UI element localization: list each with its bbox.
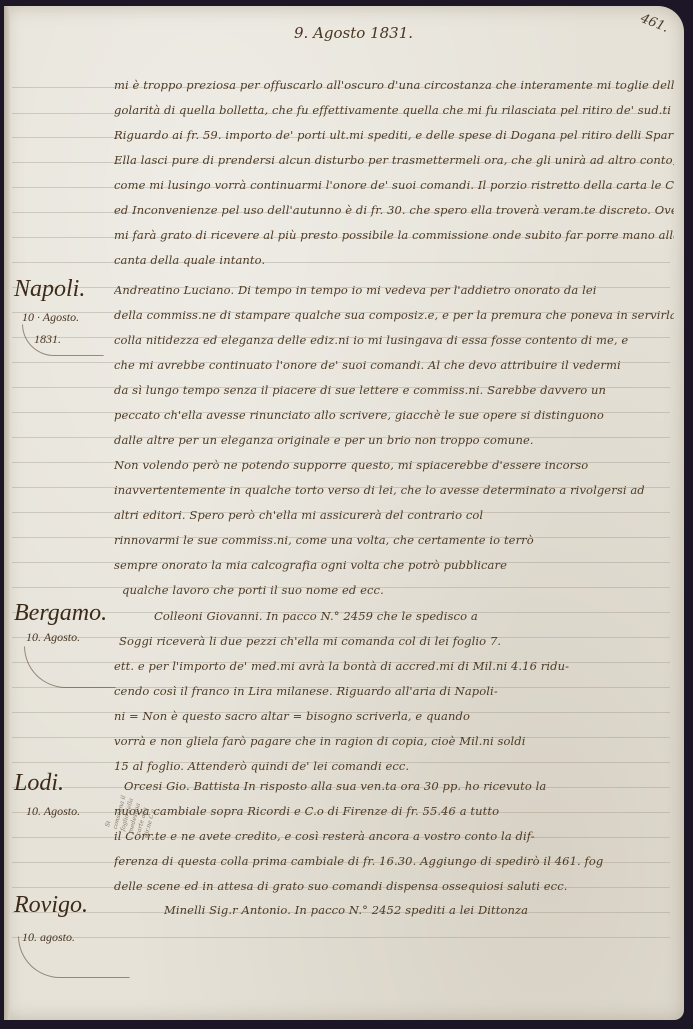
text-line: Andreatino Luciano. Di tempo in tempo io… [114, 283, 674, 297]
text-line: ferenza di questa colla prima cambiale d… [114, 854, 674, 868]
text-line: come mi lusingo vorrà continuarmi l'onor… [114, 178, 674, 192]
margin-flourish [24, 646, 116, 688]
entry-margin-date: 10. Agosto. [26, 804, 80, 819]
text-line: Orcesi Gio. Battista In risposto alla su… [124, 779, 674, 793]
text-line: mi è troppo preziosa per offuscarlo all'… [114, 78, 674, 92]
text-line: colla nitidezza ed eleganza delle ediz.n… [114, 333, 674, 347]
margin-flourish [18, 936, 130, 978]
text-line: qualche lavoro che porti il suo nome ed … [122, 583, 602, 597]
text-line: Colleoni Giovanni. In pacco N.° 2459 che… [154, 609, 674, 623]
text-line: Ella lasci pure di prendersi alcun distu… [114, 153, 674, 167]
text-line: peccato ch'ella avesse rinunciato allo s… [114, 408, 674, 422]
text-line: Soggi riceverà li due pezzi ch'ella mi c… [119, 634, 674, 648]
text-line: rinnovarmi le sue commiss.ni, come una v… [114, 533, 674, 547]
text-line: cendo così il franco in Lira milanese. R… [114, 684, 674, 698]
text-line: Non volendo però ne potendo supporre que… [114, 458, 674, 472]
page-number: 461. [638, 11, 670, 36]
text-line: Minelli Sig.r Antonio. In pacco N.° 2452… [164, 903, 674, 917]
text-line: nuova cambiale sopra Ricordi e C.o di Fi… [114, 804, 674, 818]
text-line: dalle altre per un eleganza originale e … [114, 433, 674, 447]
text-line: delle scene ed in attesa di grato suo co… [114, 879, 674, 893]
manuscript-page: 461. 9. Agosto 1831. mi è troppo prezios… [4, 6, 684, 1020]
date-header: 9. Agosto 1831. [294, 24, 413, 42]
margin-flourish [22, 324, 104, 356]
page-binding-edge [4, 6, 10, 1020]
text-line: altri editori. Spero però ch'ella mi ass… [114, 508, 674, 522]
text-line: mi farà grato di ricevere al più presto … [114, 228, 674, 242]
text-line: Riguardo ai fr. 59. importo de' porti ul… [114, 128, 674, 142]
text-line: golarità di quella bolletta, che fu effe… [114, 103, 674, 117]
text-line: che mi avrebbe continuato l'onore de' su… [114, 358, 674, 372]
entry-place-lodi: Lodi. [14, 770, 64, 797]
entry-place-bergamo: Bergamo. [14, 600, 107, 627]
text-line: vorrà e non gliela farò pagare che in ra… [114, 734, 674, 748]
text-line: 15 al foglio. Attenderò quindi de' lei c… [114, 759, 674, 773]
text-line: canta della quale intanto. [114, 253, 414, 267]
text-line: ni = Non è questo sacro altar = bisogno … [114, 709, 674, 723]
entry-margin-date: 10 · Agosto. [22, 310, 79, 325]
entry-place-napoli: Napoli. [14, 276, 85, 303]
text-line: inavvertentemente in qualche torto verso… [114, 483, 674, 497]
text-line: sempre onorato la mia calcografia ogni v… [114, 558, 674, 572]
text-line: il Corr.te e ne avete credito, e così re… [114, 829, 674, 843]
entry-margin-date: 10. Agosto. [26, 630, 80, 645]
text-line: da sì lungo tempo senza il piacere di su… [114, 383, 674, 397]
text-line: ed Inconvenienze pel uso dell'autunno è … [114, 203, 674, 217]
text-line: della commiss.ne di stampare qualche sua… [114, 308, 674, 322]
text-line: ett. e per l'importo de' med.mi avrà la … [114, 659, 674, 673]
entry-place-rovigo: Rovigo. [14, 892, 88, 919]
